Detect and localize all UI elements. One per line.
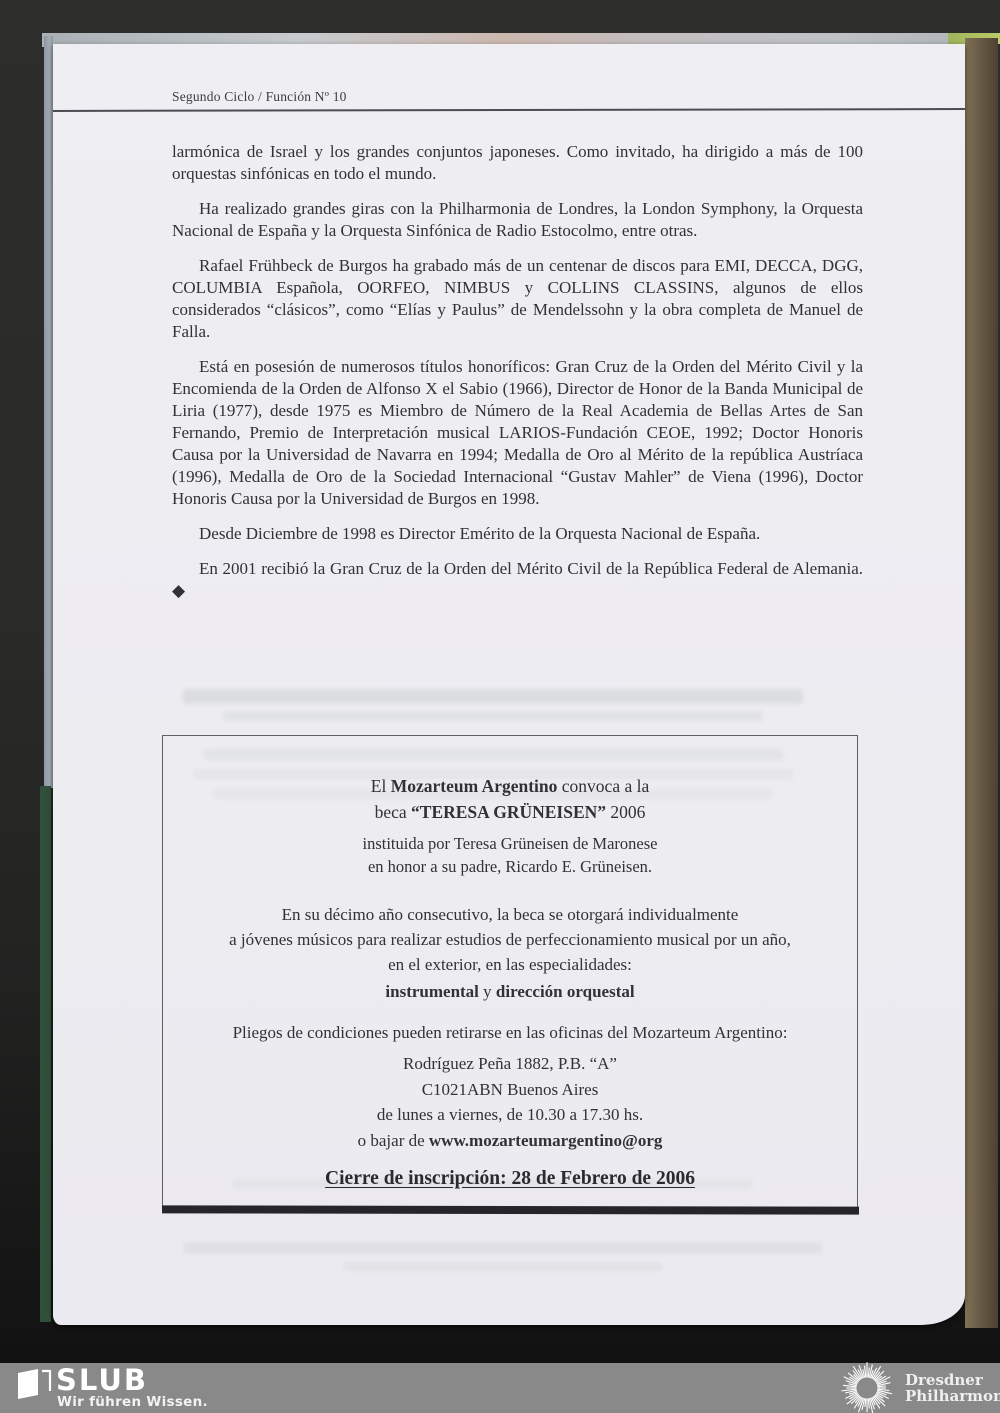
notice-line: beca “TERESA GRÜNEISEN” 2006 — [163, 800, 857, 824]
notice-text-bold: instrumental — [385, 982, 479, 1001]
notice-line: En su décimo año consecutivo, la beca se… — [163, 902, 857, 927]
notice-text-bold: “TERESA GRÜNEISEN” — [411, 802, 606, 822]
notice-text: convoca a la — [557, 776, 649, 796]
notice-text-bold: dirección orquestal — [496, 982, 635, 1001]
notice-line: instrumental y dirección orquestal — [163, 979, 857, 1004]
bleedthrough-artifact — [223, 711, 763, 721]
notice-line: Pliegos de condiciones pueden retirarse … — [163, 1020, 857, 1045]
paragraph: larmónica de Israel y los grandes conjun… — [172, 141, 863, 185]
header-rule — [53, 108, 965, 112]
notice-line: instituida por Teresa Grüneisen de Maron… — [163, 832, 857, 855]
slub-logo-icon — [16, 1367, 52, 1401]
notice-text: o bajar de — [358, 1131, 429, 1150]
notice-line: en el exterior, en las especialidades: — [163, 952, 857, 977]
paragraph: Rafael Frühbeck de Burgos ha grabado más… — [172, 255, 863, 343]
notice-url: www.mozarteumargentino@org — [429, 1131, 662, 1150]
notice-text: y — [479, 982, 496, 1001]
scholarship-notice-box: El Mozarteum Argentino convoca a la beca… — [162, 735, 858, 1213]
page-header: Segundo Ciclo / Función Nº 10 — [172, 89, 347, 105]
notice-deadline: Cierre de inscripción: 28 de Febrero de … — [163, 1168, 857, 1190]
notice-text: El — [371, 776, 391, 796]
notice-text: beca — [375, 802, 411, 822]
notice-address-block: Rodríguez Peña 1882, P.B. “A” C1021ABN B… — [163, 1051, 857, 1153]
notice-box-bottom-bar — [162, 1205, 859, 1214]
paragraph: Ha realizado grandes giras con la Philha… — [172, 198, 863, 242]
viewer-footer: SLUB Wir führen Wissen. Dresdner Philhar… — [0, 1363, 1000, 1413]
biography-text: larmónica de Israel y los grandes conjun… — [172, 141, 863, 602]
paragraph: Está en posesión de numerosos títulos ho… — [172, 356, 863, 510]
notice-line: de lunes a viernes, de 10.30 a 17.30 hs. — [163, 1102, 857, 1128]
bleedthrough-artifact — [183, 1242, 823, 1254]
notice-text-bold: Mozarteum Argentino — [391, 776, 558, 796]
notice-line: C1021ABN Buenos Aires — [163, 1077, 857, 1103]
notice-line: Rodríguez Peña 1882, P.B. “A” — [163, 1051, 857, 1077]
paragraph: En 2001 recibió la Gran Cruz de la Orden… — [172, 558, 863, 602]
philharmonie-sunburst-icon — [838, 1359, 896, 1413]
scanned-page: Segundo Ciclo / Función Nº 10 larmónica … — [53, 44, 965, 1325]
notice-line: El Mozarteum Argentino convoca a la — [163, 774, 857, 798]
bleedthrough-artifact — [343, 1262, 663, 1271]
philharmonie-wordmark: Dresdner Philharmonie — [905, 1373, 1000, 1404]
slub-tagline: Wir führen Wissen. — [57, 1394, 208, 1410]
underlying-page-edge-left — [44, 36, 53, 788]
notice-line: a jóvenes músicos para realizar estudios… — [163, 927, 857, 952]
slub-wordmark: SLUB — [56, 1363, 148, 1397]
philharmonie-line2: Philharmonie — [905, 1389, 1000, 1405]
notice-line-group: En su décimo año consecutivo, la beca se… — [163, 902, 857, 977]
book-spine-edge-brown — [965, 38, 998, 1328]
notice-line: o bajar de www.mozarteumargentino@org — [163, 1128, 857, 1154]
bleedthrough-artifact — [183, 689, 803, 704]
book-cover-edge-green — [40, 786, 51, 1322]
paragraph: Desde Diciembre de 1998 es Director Emér… — [172, 523, 863, 545]
notice-line: en honor a su padre, Ricardo E. Grüneise… — [163, 855, 857, 878]
notice-text: 2006 — [606, 802, 645, 822]
